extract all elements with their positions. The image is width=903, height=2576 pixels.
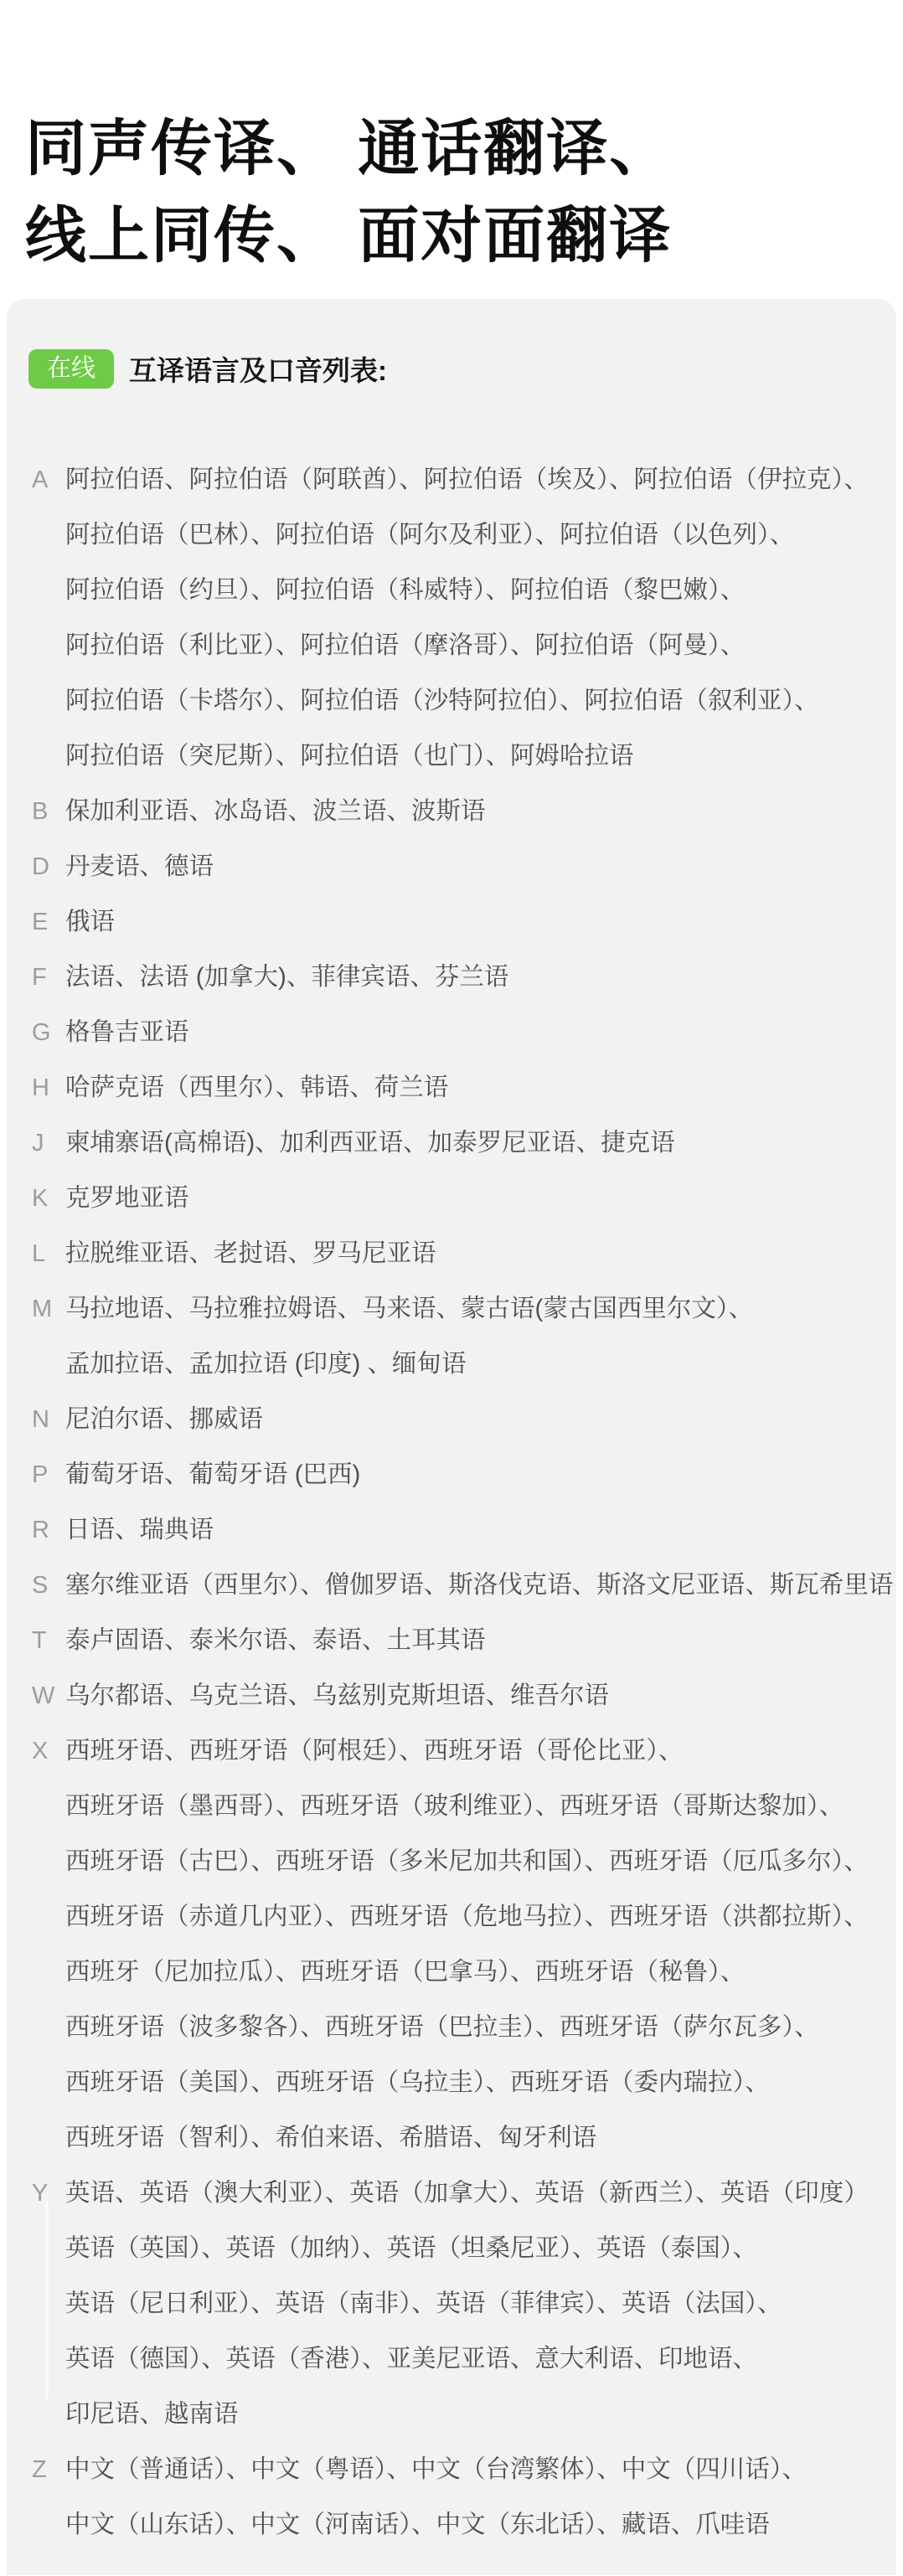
section-letter: H [32,1060,65,1115]
page-title-line2: 线上同传、 面对面翻译 [25,202,672,270]
language-line: 阿拉伯语（卡塔尔）、阿拉伯语（沙特阿拉伯）、阿拉伯语（叙利亚）、 [65,673,896,729]
section-letter: Y [32,2166,65,2221]
section-lines: 法语、法语 (加拿大)、菲律宾语、芬兰语 [65,950,896,1005]
language-section-row: M马拉地语、马拉雅拉姆语、马来语、蒙古语(蒙古国西里尔文）、孟加拉语、孟加拉语 … [32,1281,896,1392]
page-title: 同声传译、 通话翻译、线上同传、 面对面翻译 [0,0,903,279]
language-section-row: H哈萨克语（西里尔）、韩语、荷兰语 [32,1060,896,1115]
language-section-row: B保加利亚语、冰岛语、波兰语、波斯语 [32,784,896,839]
page-title-line1: 同声传译、 通话翻译、 [25,115,672,183]
section-lines: 丹麦语、德语 [65,839,896,894]
language-line: 阿拉伯语（利比亚）、阿拉伯语（摩洛哥）、阿拉伯语（阿曼）、 [65,618,896,673]
language-line: 西班牙语（波多黎各）、西班牙语（巴拉圭）、西班牙语（萨尔瓦多）、 [65,2000,896,2055]
language-section-row: G格鲁吉亚语 [32,1005,896,1060]
section-lines: 泰卢固语、泰米尔语、泰语、土耳其语 [65,1613,896,1668]
language-line: 西班牙语（美国）、西班牙语（乌拉圭）、西班牙语（委内瑞拉）、 [65,2055,896,2110]
page: 同声传译、 通话翻译、线上同传、 面对面翻译 在线 互译语言及口音列表: A阿拉… [0,0,903,2575]
section-lines: 哈萨克语（西里尔）、韩语、荷兰语 [65,1060,896,1115]
language-section-row: D丹麦语、德语 [32,839,896,894]
section-letter: A [32,452,65,507]
section-lines: 西班牙语、西班牙语（阿根廷）、西班牙语（哥伦比亚）、西班牙语（墨西哥）、西班牙语… [65,1723,896,2166]
section-letter: T [32,1613,65,1668]
language-line: 阿拉伯语（突尼斯）、阿拉伯语（也门）、阿姆哈拉语 [65,729,896,784]
section-lines: 马拉地语、马拉雅拉姆语、马来语、蒙古语(蒙古国西里尔文）、孟加拉语、孟加拉语 (… [65,1281,896,1392]
language-section-row: Z中文（普通话）、中文（粤语）、中文（台湾繁体）、中文（四川话）、中文（山东话）… [32,2442,896,2553]
section-letter: Z [32,2442,65,2497]
language-section-row: K克罗地亚语 [32,1171,896,1226]
language-line: 阿拉伯语（约旦）、阿拉伯语（科威特）、阿拉伯语（黎巴嫩）、 [65,563,896,618]
language-line: 乌尔都语、乌克兰语、乌兹别克斯坦语、维吾尔语 [65,1668,896,1723]
language-line: 葡萄牙语、葡萄牙语 (巴西) [65,1447,896,1502]
language-line: 丹麦语、德语 [65,839,896,894]
language-line: 泰卢固语、泰米尔语、泰语、土耳其语 [65,1613,896,1668]
section-lines: 葡萄牙语、葡萄牙语 (巴西) [65,1447,896,1502]
language-line: 法语、法语 (加拿大)、菲律宾语、芬兰语 [65,950,896,1005]
language-line: 阿拉伯语（巴林）、阿拉伯语（阿尔及利亚）、阿拉伯语（以色列）、 [65,507,896,563]
section-lines: 拉脱维亚语、老挝语、罗马尼亚语 [65,1226,896,1281]
section-letter: L [32,1226,65,1281]
language-line: 英语（尼日利亚）、英语（南非）、英语（菲律宾）、英语（法国）、 [65,2276,896,2331]
language-line: 西班牙语（赤道几内亚）、西班牙语（危地马拉）、西班牙语（洪都拉斯）、 [65,1889,896,1945]
section-letter: K [32,1171,65,1226]
language-line: 哈萨克语（西里尔）、韩语、荷兰语 [65,1060,896,1115]
list-heading: 互译语言及口音列表: [129,349,387,389]
language-line: 克罗地亚语 [65,1171,896,1226]
language-section-row: W乌尔都语、乌克兰语、乌兹别克斯坦语、维吾尔语 [32,1668,896,1723]
language-line: 西班牙语、西班牙语（阿根廷）、西班牙语（哥伦比亚）、 [65,1723,896,1779]
section-lines: 俄语 [65,894,896,950]
language-line: 中文（普通话）、中文（粤语）、中文（台湾繁体）、中文（四川话）、 [65,2442,896,2497]
language-line: 日语、瑞典语 [65,1502,896,1558]
section-letter: B [32,784,65,839]
section-letter: R [32,1502,65,1558]
language-line: 俄语 [65,894,896,950]
language-section-row: J柬埔寨语(高棉语)、加利西亚语、加泰罗尼亚语、捷克语 [32,1115,896,1171]
language-line: 尼泊尔语、挪威语 [65,1392,896,1447]
language-line: 英语（英国）、英语（加纳）、英语（坦桑尼亚）、英语（泰国）、 [65,2221,896,2276]
section-letter: G [32,1005,65,1060]
language-line: 孟加拉语、孟加拉语 (印度) 、缅甸语 [65,1337,896,1392]
language-line: 西班牙（尼加拉瓜）、西班牙语（巴拿马）、西班牙语（秘鲁）、 [65,1945,896,2000]
section-lines: 英语、英语（澳大利亚）、英语（加拿大）、英语（新西兰）、英语（印度）英语（英国）… [65,2166,896,2442]
section-letter: X [32,1723,65,1779]
language-section-row: L拉脱维亚语、老挝语、罗马尼亚语 [32,1226,896,1281]
section-letter: J [32,1115,65,1171]
language-section-row: F法语、法语 (加拿大)、菲律宾语、芬兰语 [32,950,896,1005]
section-letter: W [32,1668,65,1723]
section-lines: 乌尔都语、乌克兰语、乌兹别克斯坦语、维吾尔语 [65,1668,896,1723]
section-lines: 中文（普通话）、中文（粤语）、中文（台湾繁体）、中文（四川话）、中文（山东话）、… [65,2442,896,2553]
section-lines: 阿拉伯语、阿拉伯语（阿联酋）、阿拉伯语（埃及）、阿拉伯语（伊拉克）、阿拉伯语（巴… [65,452,896,784]
section-letter: M [32,1281,65,1337]
section-letter: F [32,950,65,1005]
section-lines: 尼泊尔语、挪威语 [65,1392,896,1447]
list-heading-row: 在线 互译语言及口音列表: [28,349,896,389]
language-section-row: E俄语 [32,894,896,950]
section-letter: P [32,1447,65,1502]
section-lines: 日语、瑞典语 [65,1502,896,1558]
language-section-row: A阿拉伯语、阿拉伯语（阿联酋）、阿拉伯语（埃及）、阿拉伯语（伊拉克）、阿拉伯语（… [32,452,896,784]
language-line: 西班牙语（古巴）、西班牙语（多米尼加共和国）、西班牙语（厄瓜多尔）、 [65,1834,896,1889]
language-section-row: X西班牙语、西班牙语（阿根廷）、西班牙语（哥伦比亚）、西班牙语（墨西哥）、西班牙… [32,1723,896,2166]
section-lines: 格鲁吉亚语 [65,1005,896,1060]
language-list-panel: 在线 互译语言及口音列表: A阿拉伯语、阿拉伯语（阿联酋）、阿拉伯语（埃及）、阿… [7,299,896,2575]
language-line: 中文（山东话）、中文（河南话）、中文（东北话）、藏语、爪哇语 [65,2497,896,2553]
language-line: 塞尔维亚语（西里尔）、僧伽罗语、斯洛伐克语、斯洛文尼亚语、斯瓦希里语 [65,1558,896,1613]
language-line: 拉脱维亚语、老挝语、罗马尼亚语 [65,1226,896,1281]
section-letter: D [32,839,65,894]
section-letter: N [32,1392,65,1447]
language-line: 西班牙语（智利）、希伯来语、希腊语、匈牙利语 [65,2110,896,2166]
language-section-row: Y英语、英语（澳大利亚）、英语（加拿大）、英语（新西兰）、英语（印度）英语（英国… [32,2166,896,2442]
language-line: 马拉地语、马拉雅拉姆语、马来语、蒙古语(蒙古国西里尔文）、 [65,1281,896,1337]
online-badge: 在线 [28,349,114,389]
language-line: 格鲁吉亚语 [65,1005,896,1060]
language-section-row: S塞尔维亚语（西里尔）、僧伽罗语、斯洛伐克语、斯洛文尼亚语、斯瓦希里语 [32,1558,896,1613]
section-lines: 塞尔维亚语（西里尔）、僧伽罗语、斯洛伐克语、斯洛文尼亚语、斯瓦希里语 [65,1558,896,1613]
section-lines: 柬埔寨语(高棉语)、加利西亚语、加泰罗尼亚语、捷克语 [65,1115,896,1171]
language-line: 英语、英语（澳大利亚）、英语（加拿大）、英语（新西兰）、英语（印度） [65,2166,896,2221]
section-lines: 克罗地亚语 [65,1171,896,1226]
language-section-row: N尼泊尔语、挪威语 [32,1392,896,1447]
language-section-row: T泰卢固语、泰米尔语、泰语、土耳其语 [32,1613,896,1668]
section-letter: S [32,1558,65,1613]
language-section-row: R日语、瑞典语 [32,1502,896,1558]
language-sections: A阿拉伯语、阿拉伯语（阿联酋）、阿拉伯语（埃及）、阿拉伯语（伊拉克）、阿拉伯语（… [32,452,896,2553]
section-lines: 保加利亚语、冰岛语、波兰语、波斯语 [65,784,896,839]
language-line: 柬埔寨语(高棉语)、加利西亚语、加泰罗尼亚语、捷克语 [65,1115,896,1171]
language-section-row: P葡萄牙语、葡萄牙语 (巴西) [32,1447,896,1502]
language-line: 阿拉伯语、阿拉伯语（阿联酋）、阿拉伯语（埃及）、阿拉伯语（伊拉克）、 [65,452,896,507]
section-letter: E [32,894,65,950]
language-line: 印尼语、越南语 [65,2387,896,2442]
language-line: 英语（德国）、英语（香港）、亚美尼亚语、意大利语、印地语、 [65,2331,896,2387]
language-line: 西班牙语（墨西哥）、西班牙语（玻利维亚）、西班牙语（哥斯达黎加）、 [65,1779,896,1834]
language-line: 保加利亚语、冰岛语、波兰语、波斯语 [65,784,896,839]
scroll-indicator [45,2202,49,2398]
